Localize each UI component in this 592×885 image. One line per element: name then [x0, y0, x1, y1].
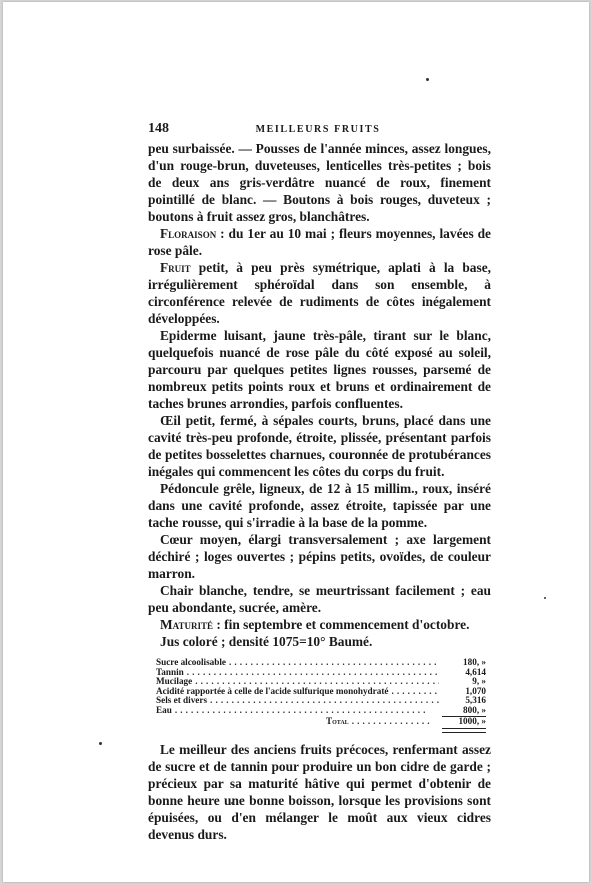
floraison-label: Floraison — [160, 226, 216, 241]
paragraph-pedoncule: Pédoncule grêle, ligneux, de 12 à 15 mil… — [148, 480, 491, 531]
paragraph-maturite: Maturité : fin septembre et commencement… — [148, 616, 491, 633]
scan-speck — [231, 802, 234, 804]
running-head: 148 MEILLEURS FRUITS — [148, 120, 491, 138]
document-page: 148 MEILLEURS FRUITS peu surbaissée. — P… — [3, 2, 589, 882]
table-row: Tannin .................................… — [156, 668, 486, 678]
row-label: Eau — [156, 706, 172, 716]
running-title: MEILLEURS FRUITS — [169, 121, 491, 138]
scan-speck — [426, 78, 429, 81]
table-row: Sels et divers .........................… — [156, 696, 486, 706]
paragraph-oeil: Œil petit, fermé, à sépales courts, brun… — [148, 412, 491, 480]
total-label: Total — [326, 717, 349, 727]
page-content: 148 MEILLEURS FRUITS peu surbaissée. — P… — [148, 120, 491, 843]
paragraph-floraison: Floraison : du 1er au 10 mai ; fleurs mo… — [148, 225, 491, 259]
table-row: Eau ....................................… — [156, 706, 486, 716]
leader-dots: ........................................… — [391, 687, 439, 697]
leader-dots: ........................................… — [175, 706, 439, 716]
leader-dots: ........................................… — [229, 658, 439, 668]
total-value: 1000, » — [442, 716, 486, 727]
paragraph-jus: Jus coloré ; densité 1075=10° Baumé. — [148, 633, 491, 650]
scan-speck — [99, 742, 102, 745]
table-row: Sucre alcoolisable .....................… — [156, 658, 486, 668]
double-rule-divider — [442, 728, 486, 733]
maturite-label: Maturité — [160, 617, 213, 632]
fruit-label: Fruit — [160, 260, 191, 275]
paragraph-coeur: Cœur moyen, élargi transversalement ; ax… — [148, 531, 491, 582]
paragraph-pousses: peu surbaissée. — Pousses de l'année min… — [148, 140, 491, 225]
paragraph-conclusion: Le meilleur des anciens fruits précoces,… — [148, 741, 491, 843]
row-value: 800, » — [442, 706, 486, 716]
paragraph-chair: Chair blanche, tendre, se meurtrissant f… — [148, 582, 491, 616]
scan-speck — [544, 597, 546, 599]
composition-table: Sucre alcoolisable .....................… — [156, 658, 486, 733]
table-total-row: Total ............... 1000, » — [156, 716, 486, 727]
fruit-text: petit, à peu près symétrique, aplati à l… — [148, 260, 491, 326]
page-number: 148 — [148, 120, 169, 137]
leader-dots: ........................................… — [187, 668, 439, 678]
leader-dots: ........................................… — [210, 696, 439, 706]
paragraph-fruit: Fruit petit, à peu près symétrique, apla… — [148, 259, 491, 327]
leader-dots: ............... — [352, 717, 439, 727]
maturite-text: : fin septembre et commencement d'octobr… — [213, 617, 469, 632]
paragraph-epiderme: Epiderme luisant, jaune très-pâle, tiran… — [148, 327, 491, 412]
